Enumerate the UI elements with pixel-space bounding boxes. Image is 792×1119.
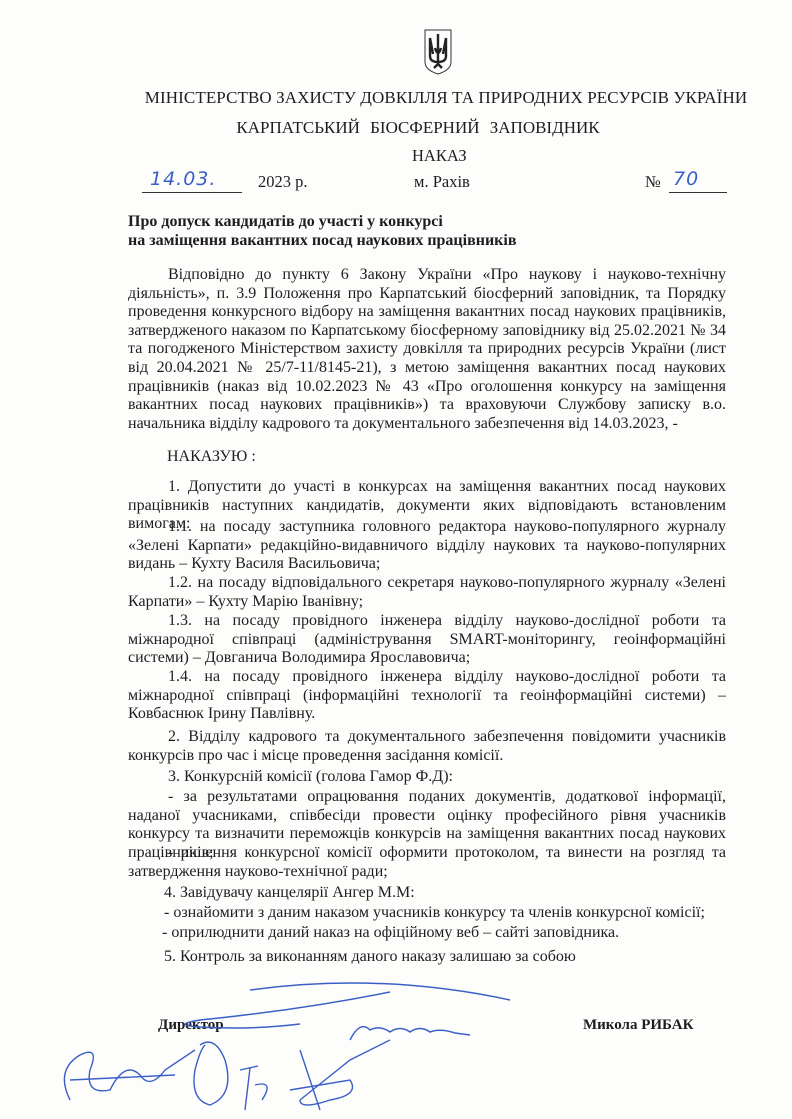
order-document: МІНІСТЕРСТВО ЗАХИСТУ ДОВКІЛЛЯ ТА ПРИРОДН… <box>0 0 792 1119</box>
director-signature-icon <box>185 983 510 1040</box>
handwritten-signatures <box>0 0 792 1119</box>
approval-signatures-icon <box>64 1040 390 1110</box>
